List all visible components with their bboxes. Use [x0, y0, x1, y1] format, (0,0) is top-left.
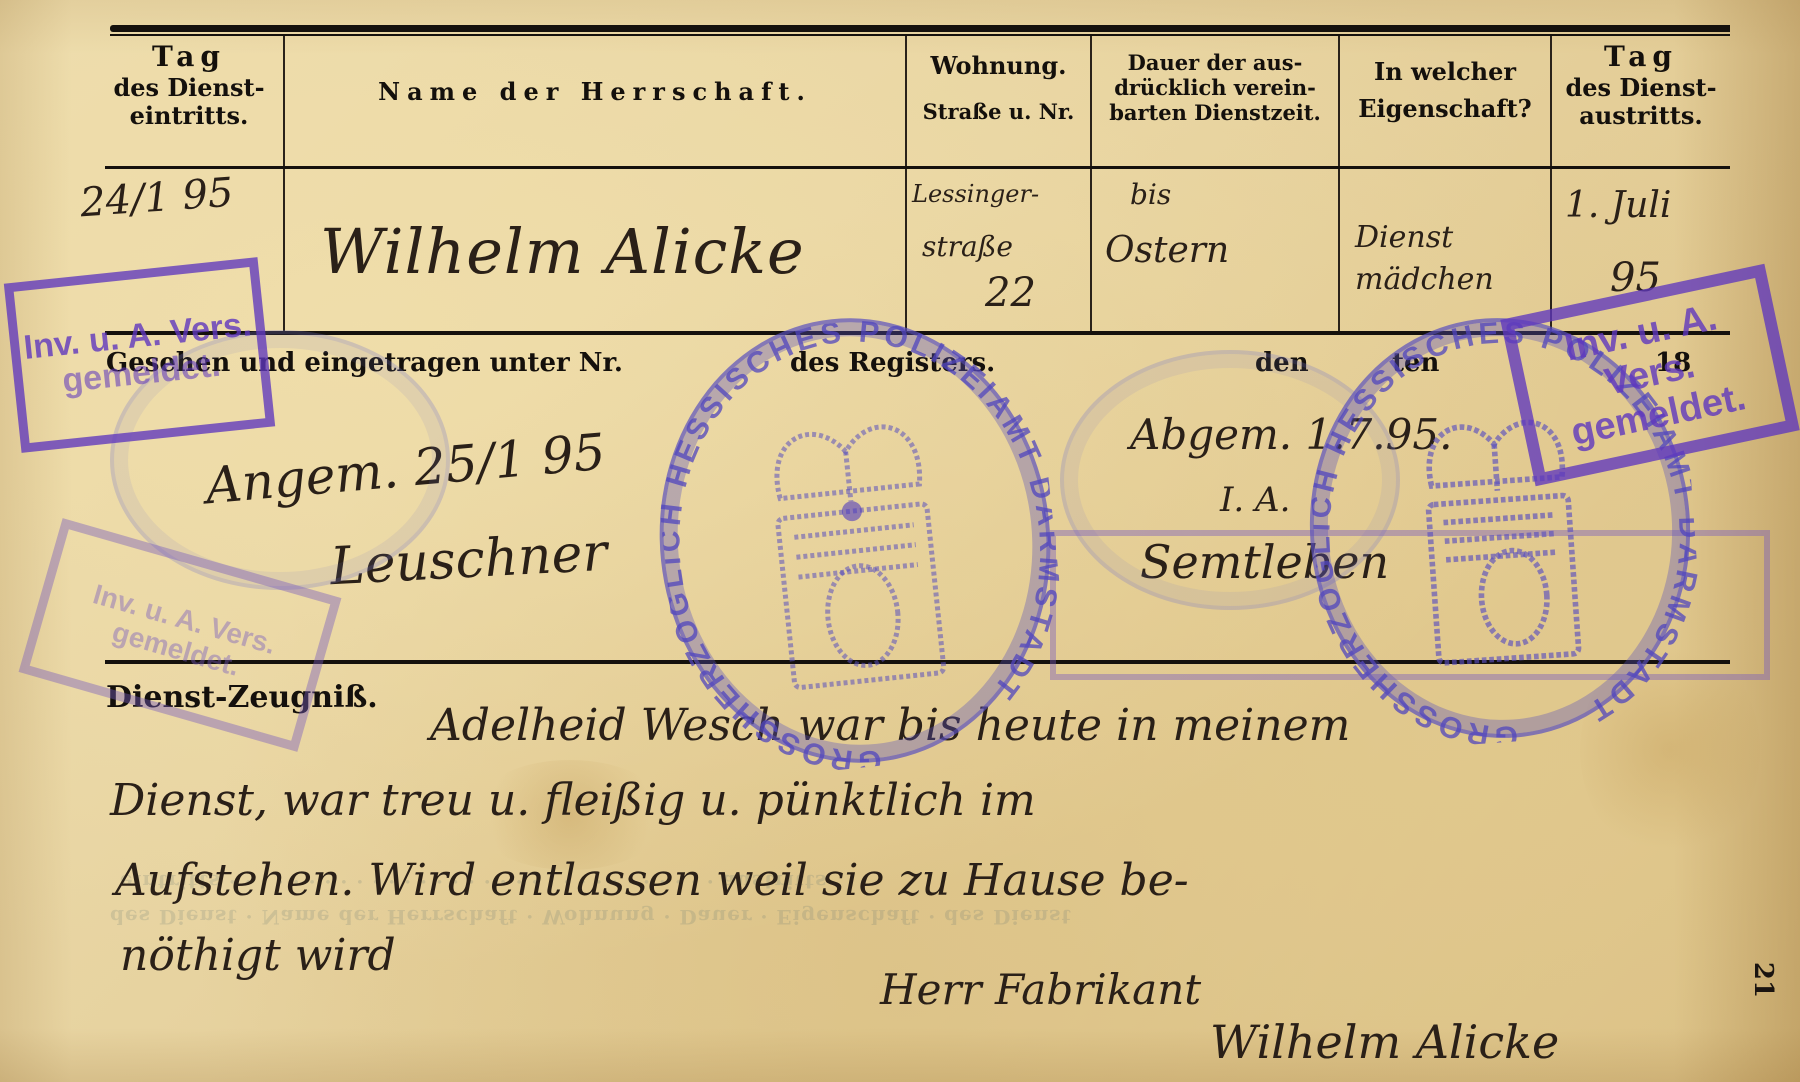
page-number: 21	[1748, 962, 1778, 998]
role-line2-value: mädchen	[1355, 262, 1494, 297]
header-line: des Dienst-	[96, 74, 282, 103]
header-line: austritts.	[1552, 102, 1730, 131]
address-line1-value: Lessinger-	[912, 180, 1039, 208]
role-line1-value: Dienst	[1355, 220, 1453, 255]
header-line: Tag	[96, 40, 282, 74]
certificate-text-line: Aufstehen. Wird entlassen weil sie zu Ha…	[115, 855, 1189, 906]
certificate-text-line: Dienst, war treu u. fleißig u. pünktlich…	[110, 775, 1036, 826]
header-line: Dauer der aus-	[1092, 50, 1338, 75]
header-line: Wohnung.	[907, 52, 1090, 81]
header-address: Wohnung. Straße u. Nr.	[907, 52, 1090, 124]
header-line: des Dienst-	[1552, 74, 1730, 103]
header-bottom-rule	[105, 166, 1730, 169]
address-line2-value: straße	[922, 230, 1013, 263]
certificate-text-line: nöthigt wird	[120, 930, 396, 981]
header-line: Name der Herrschaft.	[285, 78, 905, 107]
insurance-rect-stamp: Inv. u. A. Vers. gemeldet.	[1500, 264, 1799, 486]
top-rule	[110, 25, 1730, 32]
top-rule-thin	[110, 34, 1730, 36]
header-capacity: In welcher Eigenschaft?	[1340, 58, 1550, 124]
header-exit-date: Tag des Dienst- austritts.	[1552, 40, 1730, 131]
duration-line1-value: bis	[1130, 178, 1171, 211]
header-duration: Dauer der aus- drücklich verein- barten …	[1092, 50, 1338, 126]
header-entry-date: Tag des Dienst- eintritts.	[96, 40, 282, 131]
certificate-signature: Wilhelm Alicke	[1210, 1015, 1559, 1069]
show-through-print: des Dienst · Name der Herrschaft · Wohnu…	[110, 905, 1072, 929]
duration-line2-value: Ostern	[1105, 230, 1229, 271]
header-line: drücklich verein-	[1092, 75, 1338, 100]
employer-name-value: Wilhelm Alicke	[320, 215, 805, 288]
header-line: barten Dienstzeit.	[1092, 100, 1338, 125]
header-line: Eigenschaft?	[1340, 95, 1550, 124]
insurance-rect-stamp: Inv. u. A. Vers. gemeldet.	[4, 257, 275, 453]
header-employer-name: Name der Herrschaft.	[285, 78, 905, 107]
header-line: In welcher	[1340, 58, 1550, 87]
entry-date-value: 24/1 95	[79, 170, 235, 227]
exit-date-line1-value: 1. Juli	[1565, 185, 1671, 226]
crown-crest-icon	[740, 381, 970, 700]
header-line: Tag	[1552, 40, 1730, 74]
police-round-seal: GROSSHERZOGLICH HESSISCHES POLIZEIAMT DA…	[638, 299, 1072, 782]
certificate-closing: Herr Fabrikant	[880, 965, 1201, 1014]
header-line: eintritts.	[96, 102, 282, 131]
header-line: Straße u. Nr.	[907, 99, 1090, 124]
